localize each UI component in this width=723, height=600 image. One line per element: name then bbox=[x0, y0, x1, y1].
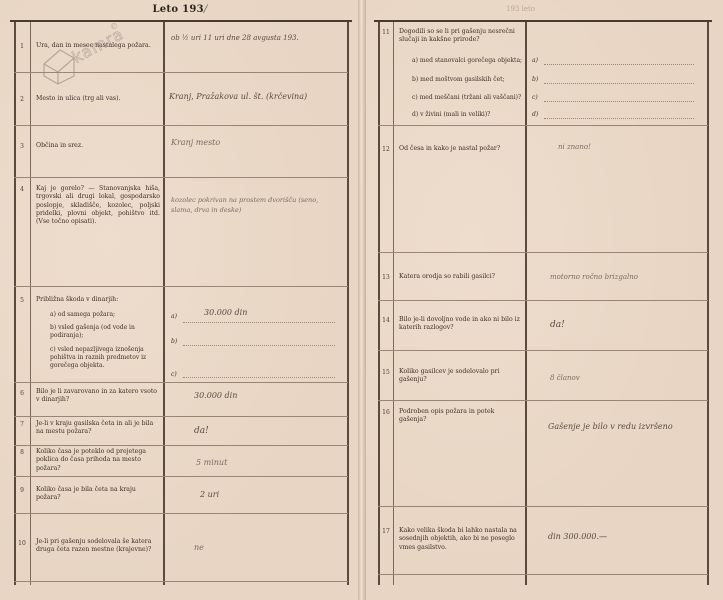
answer-field[interactable]: ni znano! bbox=[558, 143, 591, 151]
form-table-right: 11 Dogodili so se li pri gašenju nesrečn… bbox=[378, 22, 708, 585]
row-number: 6 bbox=[14, 390, 30, 397]
subitem-label-c: c) med meščani (tržani ali vaščani)? bbox=[412, 94, 524, 102]
table-row: 15 Koliko gasilcev je sodelovalo pri gaš… bbox=[378, 350, 708, 401]
row-number: 8 bbox=[14, 449, 30, 456]
question-label: Je-li pri gašenju sodelovala še katera d… bbox=[36, 538, 160, 555]
answer-field[interactable]: din 300.000.— bbox=[548, 532, 607, 541]
subitem-letter-a: a) bbox=[171, 313, 177, 320]
row-number: 4 bbox=[14, 186, 30, 193]
question-label: Je-li v kraju gasilska četa in ali je bi… bbox=[36, 420, 160, 437]
answer-line-a[interactable] bbox=[544, 64, 694, 65]
question-label: Približna škoda v dinarjih: bbox=[36, 296, 160, 304]
answer-field[interactable]: kozolec pokrivan na prostem dvorišču (se… bbox=[171, 195, 341, 215]
subitem-letter-b: b) bbox=[171, 338, 177, 345]
subitem-label-b: b) med moštvom gasilskih čet; bbox=[412, 76, 524, 84]
row-number: 13 bbox=[378, 274, 394, 281]
answer-line-b[interactable] bbox=[183, 345, 335, 346]
row-number: 11 bbox=[378, 29, 394, 36]
table-row: 10 Je-li pri gašenju sodelovala še kater… bbox=[14, 513, 348, 582]
question-label: Ura, dan in mesec nastalega požara. bbox=[36, 42, 160, 50]
subitem-label-a: a) od samega požara; bbox=[50, 311, 160, 319]
row-number: 9 bbox=[14, 487, 30, 494]
question-label: Dogodili so se li pri gašenju nesrečni s… bbox=[399, 28, 523, 45]
answer-field[interactable]: 2 uri bbox=[200, 490, 219, 499]
question-label: Bilo je-li dovoljno vode in ako ni bilo … bbox=[399, 316, 523, 333]
table-row: 14 Bilo je-li dovoljno vode in ako ni bi… bbox=[378, 300, 708, 351]
question-label: Kako velika škoda bi lahko nastala na so… bbox=[399, 527, 521, 552]
row-number: 2 bbox=[14, 96, 30, 103]
answer-field[interactable]: Gašenje je bilo v redu izvršeno bbox=[548, 422, 673, 431]
subitem-label-c: c) vsled nepazljivega iznošenja pohištva… bbox=[50, 346, 160, 370]
row-number: 12 bbox=[378, 146, 394, 153]
subitem-letter-a: a) bbox=[532, 57, 538, 64]
bleed-through-header: 193 leto bbox=[506, 5, 535, 13]
answer-field[interactable]: 8 članov bbox=[550, 374, 580, 382]
subitem-label-d: d) v živini (mali in veliki)? bbox=[412, 111, 524, 119]
question-label: Koliko časa je poteklo od prejetega pokl… bbox=[36, 448, 160, 473]
question-label: Podroben opis požara in potek gašenja? bbox=[399, 408, 517, 425]
table-row: 7 Je-li v kraju gasilska četa in ali je … bbox=[14, 416, 348, 446]
right-page: 193 leto 11 Dogodili so se li pri gašenj… bbox=[366, 0, 723, 600]
table-row: 16 Podroben opis požara in potek gašenja… bbox=[378, 400, 708, 507]
table-row: 9 Koliko časa je bila četa na kraju poža… bbox=[14, 476, 348, 514]
left-page: Leto 193/ kamra © 1 Ura, dan in mesec na… bbox=[0, 0, 360, 600]
answer-field[interactable]: ne bbox=[194, 543, 204, 552]
table-row: 6 Bilo je li zavarovano in za katero vso… bbox=[14, 382, 348, 417]
row-number: 15 bbox=[378, 369, 394, 376]
table-row: 1 Ura, dan in mesec nastalega požara. ob… bbox=[14, 22, 348, 73]
table-row: 11 Dogodili so se li pri gašenju nesrečn… bbox=[378, 22, 708, 126]
year-header: Leto 193/ bbox=[0, 4, 360, 15]
question-label: Koliko časa je bila četa na kraju požara… bbox=[36, 486, 160, 503]
table-row: 8 Koliko časa je poteklo od prejetega po… bbox=[14, 445, 348, 477]
answer-field[interactable]: motorno ročno brizgalno bbox=[550, 273, 638, 281]
row-number: 3 bbox=[14, 143, 30, 150]
subitem-label-b: b) vsled gašenja (od vode in podiranja); bbox=[50, 324, 160, 340]
question-label: Bilo je li zavarovano in za katero vsoto… bbox=[36, 388, 160, 405]
answer-field[interactable]: ob ½ uri 11 uri dne 28 avgusta 193. bbox=[171, 34, 299, 42]
subitem-letter-d: d) bbox=[532, 111, 538, 118]
answer-line-a bbox=[183, 322, 335, 323]
subitem-label-a: a) med stanovalci gorečega objekta; bbox=[412, 57, 524, 65]
answer-line-d[interactable] bbox=[544, 118, 694, 119]
question-label: Koliko gasilcev je sodelovalo pri gašenj… bbox=[399, 368, 523, 385]
answer-field-a[interactable]: 30.000 din bbox=[204, 308, 247, 317]
year-header-text: Leto 193 bbox=[152, 4, 203, 15]
year-handwritten-digit: / bbox=[204, 4, 208, 15]
row-number: 16 bbox=[378, 409, 394, 416]
table-row: 5 Približna škoda v dinarjih: a) od same… bbox=[14, 286, 348, 383]
subitem-letter-c: c) bbox=[532, 94, 538, 101]
table-row: 13 Katera orodja so rabili gasilci? moto… bbox=[378, 252, 708, 301]
question-label: Kaj je gorelo? — Stanovanjska hiša, trgo… bbox=[36, 185, 160, 226]
question-label: Občina in srez. bbox=[36, 142, 160, 150]
question-label: Mesto in ulica (trg ali vas). bbox=[36, 95, 160, 103]
row-number: 7 bbox=[14, 421, 30, 428]
row-number: 17 bbox=[378, 528, 394, 535]
table-row: 4 Kaj je gorelo? — Stanovanjska hiša, tr… bbox=[14, 177, 348, 287]
question-label: Katera orodja so rabili gasilci? bbox=[399, 273, 523, 281]
answer-field[interactable]: 30.000 din bbox=[194, 391, 237, 400]
answer-field[interactable]: Kranj mesto bbox=[171, 138, 220, 147]
table-row: 2 Mesto in ulica (trg ali vas). Kranj, P… bbox=[14, 72, 348, 126]
row-number: 1 bbox=[14, 43, 30, 50]
table-row: 17 Kako velika škoda bi lahko nastala na… bbox=[378, 506, 708, 575]
form-table-left: 1 Ura, dan in mesec nastalega požara. ob… bbox=[14, 22, 348, 585]
answer-field[interactable]: da! bbox=[194, 426, 209, 436]
table-row: 12 Od česa in kako je nastal požar? ni z… bbox=[378, 125, 708, 253]
question-label: Od česa in kako je nastal požar? bbox=[399, 145, 523, 153]
answer-field[interactable]: 5 minut bbox=[196, 458, 227, 467]
answer-line-b[interactable] bbox=[544, 83, 694, 84]
row-number: 14 bbox=[378, 317, 394, 324]
subitem-letter-c: c) bbox=[171, 371, 177, 378]
answer-line-c[interactable] bbox=[183, 377, 335, 378]
answer-field[interactable]: da! bbox=[550, 320, 565, 330]
row-number: 5 bbox=[14, 297, 30, 304]
table-row: 3 Občina in srez. Kranj mesto bbox=[14, 125, 348, 178]
answer-line-c[interactable] bbox=[544, 101, 694, 102]
answer-field[interactable]: Kranj, Pražakova ul. št. (krčevina) bbox=[169, 92, 307, 101]
subitem-letter-b: b) bbox=[532, 76, 538, 83]
row-number: 10 bbox=[14, 540, 30, 547]
